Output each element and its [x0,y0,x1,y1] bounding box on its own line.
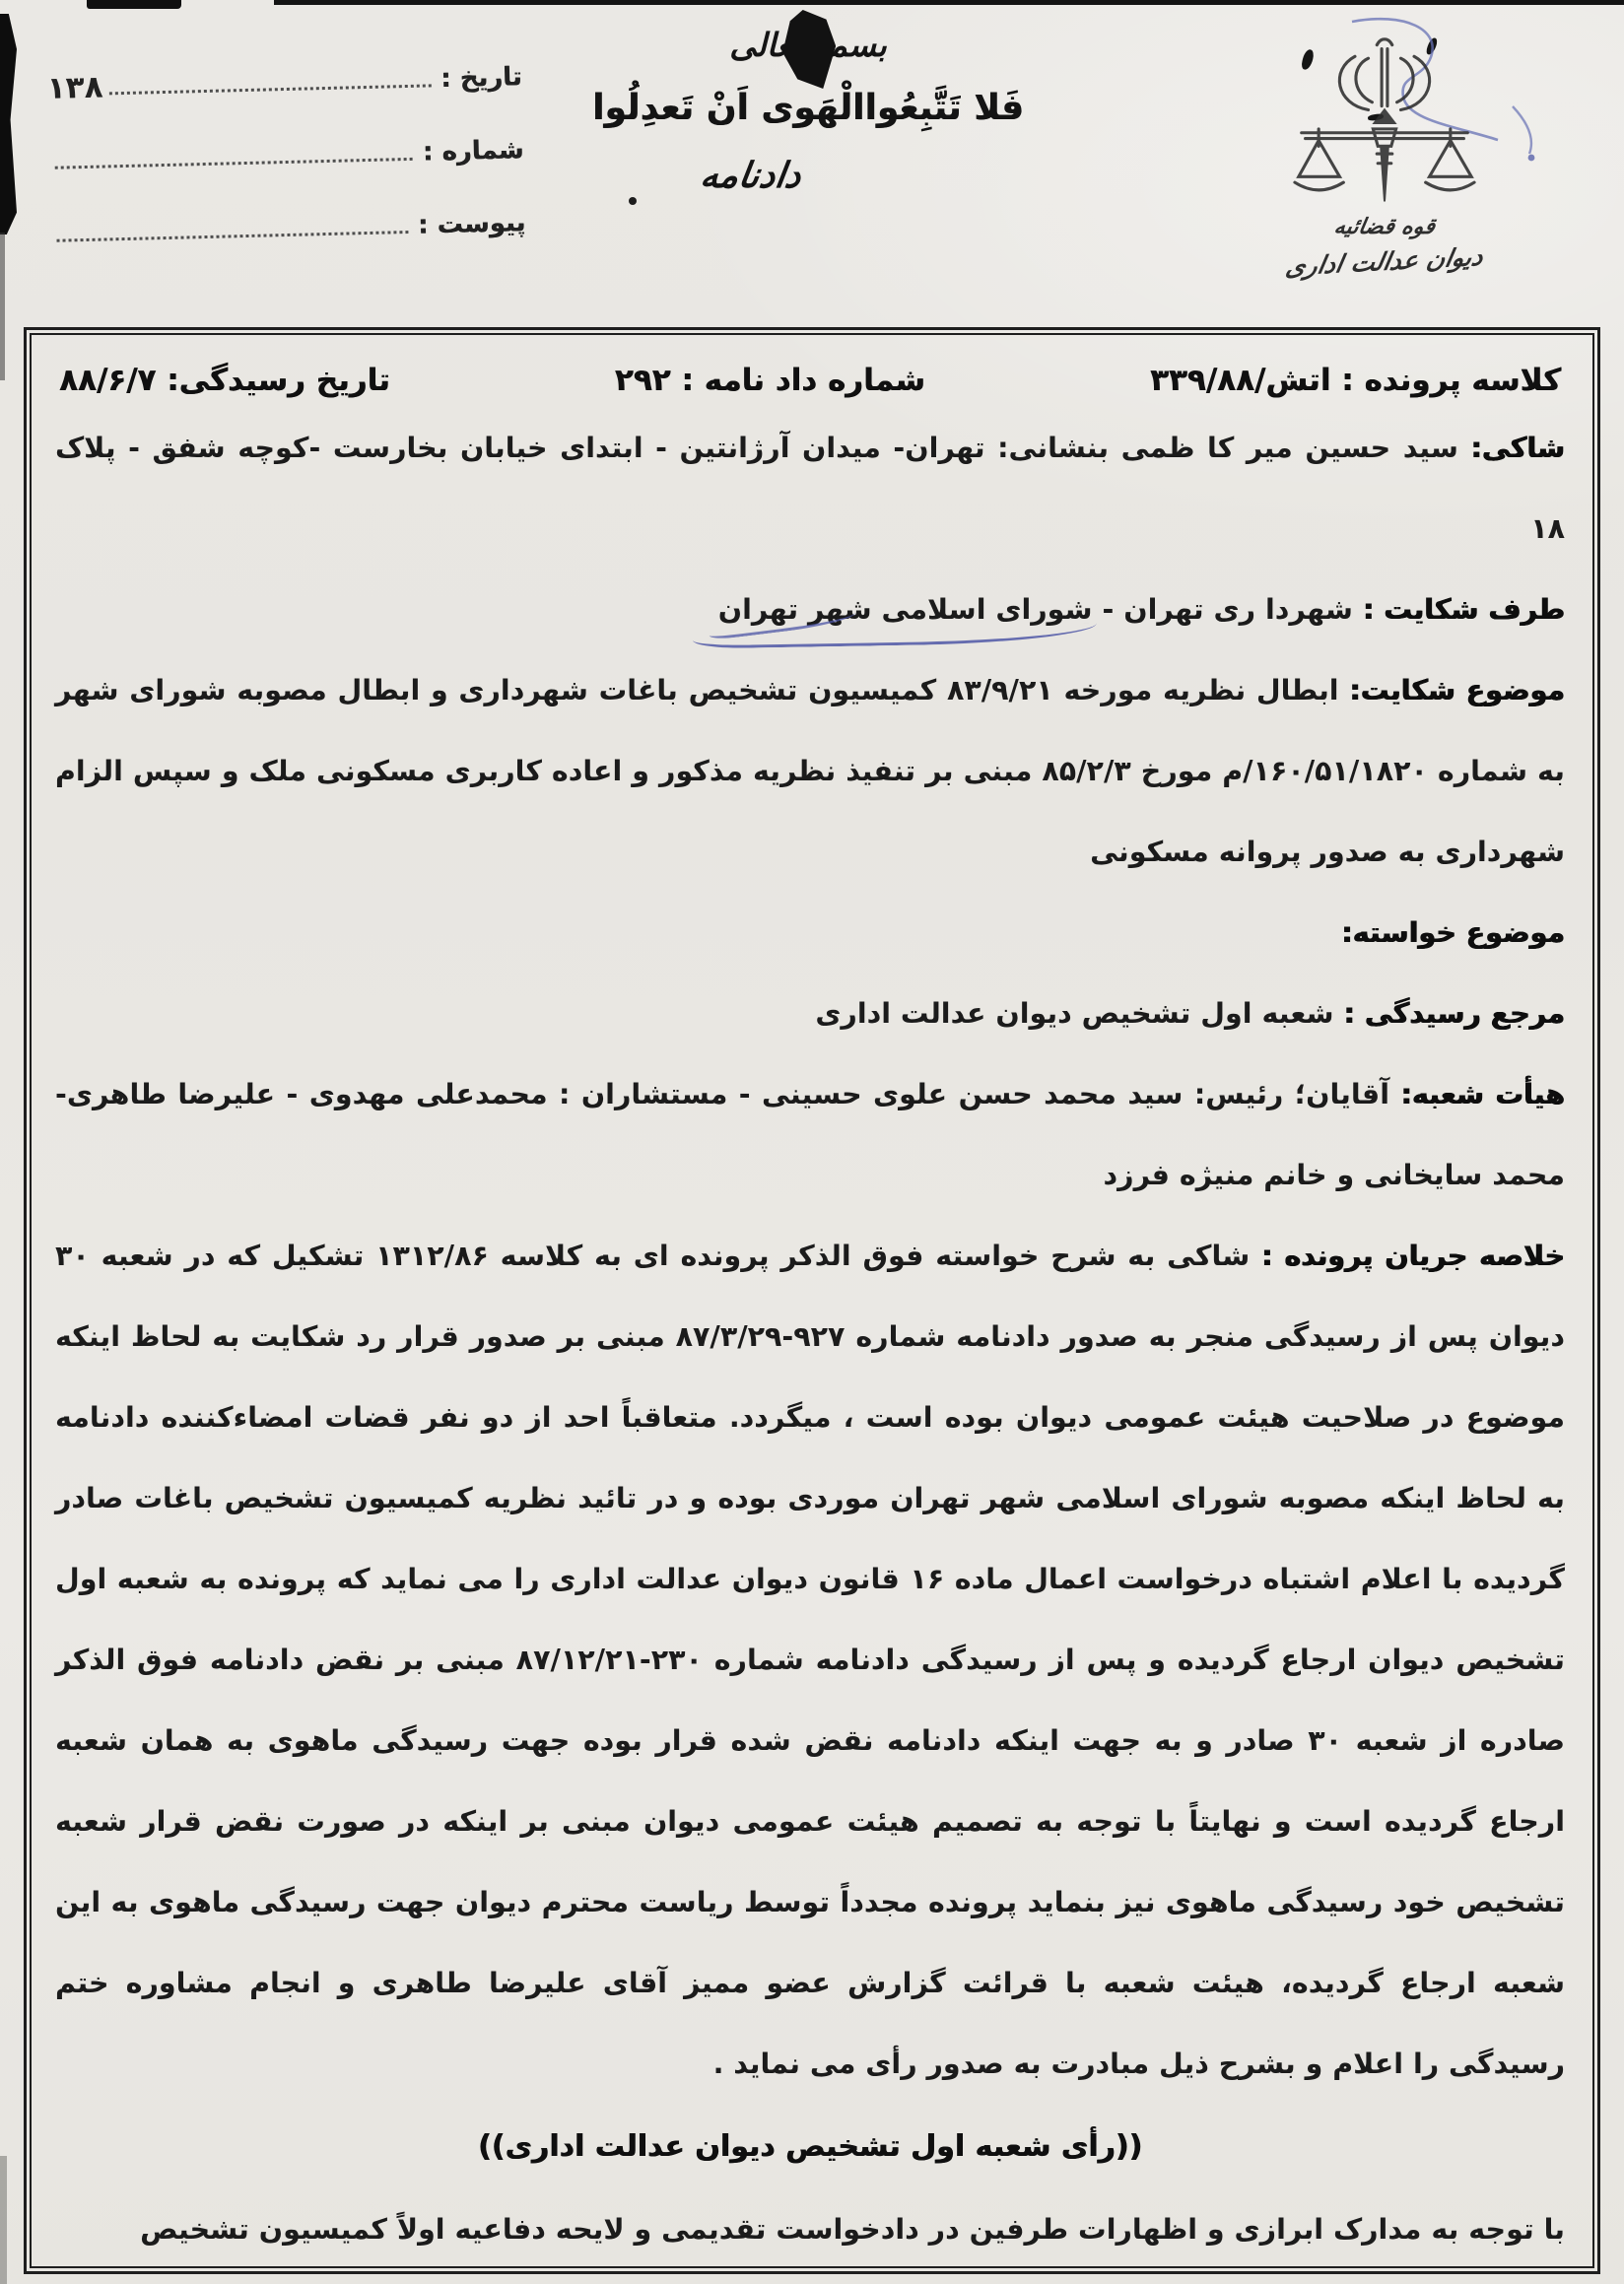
verdict-heading: ((رأی شعبه اول تشخیص دیوان عدالت اداری)) [55,2105,1565,2189]
scales-of-justice-icon [1283,34,1486,217]
section-branch-panel: هیأت شعبه: آقایان؛ رئیس: سید محمد حسن عل… [55,1054,1565,1216]
document-title-wrap: دادنامه [455,156,1047,196]
document-header: بسمه تعالی فَلا تَتَّبِعُواالْهَوی اَنْ … [512,26,1104,196]
judgment-number: شماره داد نامه : ۲۹۲ [615,363,925,398]
besmele-text: بسمه تعالی [729,26,887,64]
request-subject-label: موضوع خواسته: [1341,916,1565,949]
respondent-text: شهردا ری تهران - [1093,593,1353,626]
section-complaint-subject: موضوع شکایت: ابطال نظریه مورخه ۸۳/۹/۲۱ ک… [55,650,1565,893]
scan-edge-artifact-top-left [87,0,181,9]
complaint-subject-label: موضوع شکایت: [1349,674,1565,706]
respondent-underlined-text: شورای اسلامی شهر تهران [718,593,1093,626]
section-hearing-authority: مرجع رسیدگی : شعبه اول تشخیص دیوان عدالت… [55,974,1565,1054]
plaintiff-text: سید حسین میر کا ظمی بنشانی: تهران- میدان… [55,432,1565,545]
verdict-opening-text: با توجه به مدارک ابرازی و اظهارات طرفین … [55,2189,1565,2268]
case-file-value: اتش/۳۳۹/۸۸ [1150,363,1330,398]
hearing-authority-text: شعبه اول تشخیص دیوان عدالت اداری [815,997,1333,1030]
scan-edge-artifact-top [274,0,1624,5]
scan-edge-artifact-left [0,14,17,235]
hearing-date: تاریخ رسیدگی: ۸۸/۶/۷ [59,363,390,398]
scan-edge-artifact-left-lower [0,233,5,380]
judgment-frame: کلاسه پرونده : اتش/۳۳۹/۸۸ شماره داد نامه… [30,333,1594,2268]
judgment-number-value: ۲۹۲ [615,363,671,398]
page-number: ۱۳۸ [46,70,103,106]
emblem-court-name: دیوان عدالت اداری [1218,238,1552,284]
quran-verse: فَلا تَتَّبِعُواالْهَوی اَنْ تَعدِلُوا [512,88,1104,128]
hearing-authority-label: مرجع رسیدگی : [1343,997,1565,1030]
case-summary-text: شاکی به شرح خواسته فوق الذکر پرونده ای ب… [55,1240,1565,2080]
hearing-date-value: ۸۸/۶/۷ [59,363,156,398]
date-dotted-line [109,82,432,95]
date-field-row: تاریخ : ۱۳۸ [46,59,522,103]
case-summary-label: خلاصه جریان پرونده : [1261,1240,1565,1272]
complaint-subject-text: ابطال نظریه مورخه ۸۳/۹/۲۱ کمیسیون تشخیص … [55,674,1565,868]
case-file-number: کلاسه پرونده : اتش/۳۳۹/۸۸ [1150,363,1561,398]
ink-dot [629,197,637,205]
branch-panel-text: آقایان؛ رئیس: سید محمد حسن علوی حسینی - … [55,1078,1565,1191]
attachment-field-row: پیوست : [50,208,526,249]
judiciary-emblem: قوه قضائیه دیوان عدالت اداری [1222,34,1547,276]
section-request-subject: موضوع خواسته: [55,893,1565,974]
section-respondent: طرف شکایت : شهردا ری تهران - شورای اسلام… [55,570,1565,650]
case-info-row: کلاسه پرونده : اتش/۳۳۹/۸۸ شماره داد نامه… [55,349,1565,408]
section-plaintiff: شاکی: سید حسین میر کا ظمی بنشانی: تهران-… [55,408,1565,570]
document-title: دادنامه [698,156,803,196]
date-label: تاریخ : [440,62,522,94]
paper-tear-blot [782,10,836,89]
attachment-dotted-line [56,229,408,242]
number-field-row: شماره : [48,135,524,176]
case-file-label: کلاسه پرونده : [1341,363,1561,398]
hearing-date-label: تاریخ رسیدگی: [167,363,390,398]
scan-edge-artifact-bottom-left [0,2156,7,2284]
emblem-org-name: قوه قضائیه [1220,215,1549,239]
number-dotted-line [55,156,413,169]
respondent-label: طرف شکایت : [1363,593,1565,626]
branch-panel-label: هیأت شعبه: [1400,1078,1565,1110]
scanned-court-judgment-page: تاریخ : ۱۳۸ شماره : پیوست : بسمه تعالی ف… [0,0,1624,2284]
plaintiff-label: شاکی: [1470,432,1565,464]
judgment-number-label: شماره داد نامه : [681,363,925,398]
attachment-label: پیوست : [418,208,526,240]
section-case-summary: خلاصه جریان پرونده : شاکی به شرح خواسته … [55,1216,1565,2105]
